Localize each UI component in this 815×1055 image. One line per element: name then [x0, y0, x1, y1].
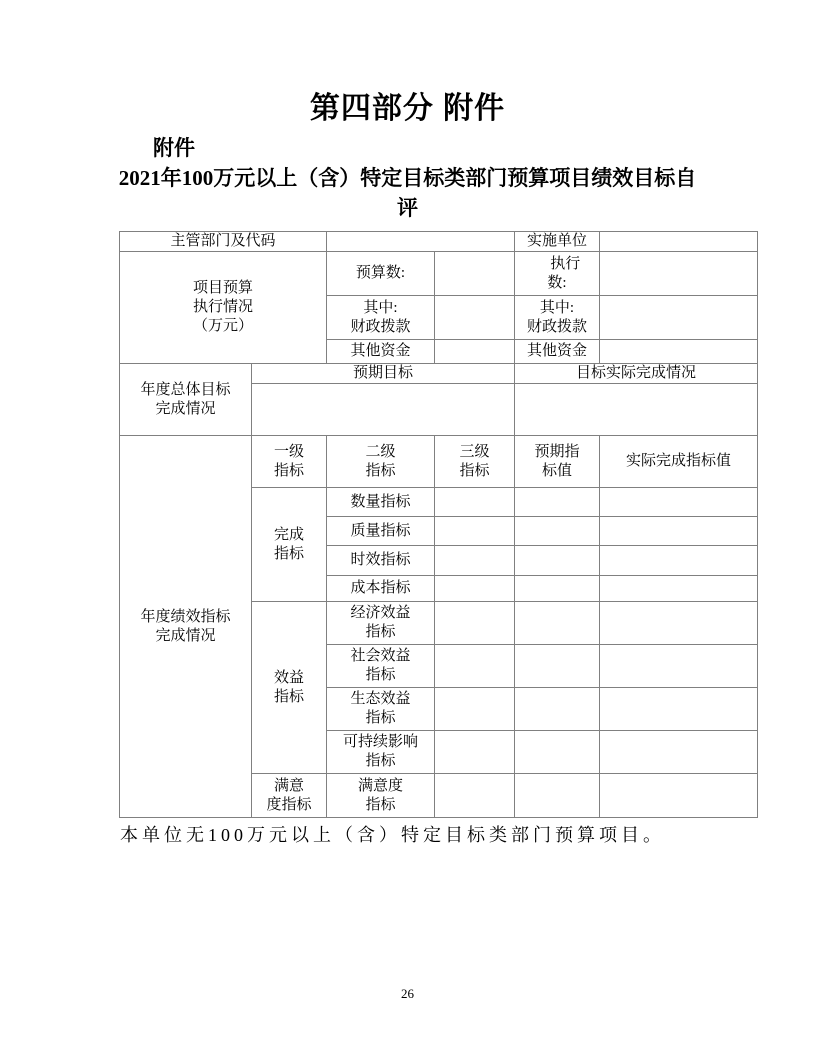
- cell-actual-indicator-value: [600, 546, 758, 576]
- cell-expected-indicator-value: [515, 774, 600, 818]
- cell-budget-num-value: [435, 252, 515, 296]
- cell-level1-benefit: 效益 指标: [252, 602, 327, 774]
- cell-level3-value: [435, 774, 515, 818]
- row-budget-num: 项目预算 执行情况 （万元） 预算数: 执行 数:: [120, 252, 758, 296]
- performance-self-evaluation-table: 主管部门及代码 实施单位 项目预算 执行情况 （万元） 预算数: 执行 数: 其…: [119, 231, 758, 818]
- cell-indicator-label: 数量指标: [327, 488, 435, 517]
- cell-actual-goal-value: [515, 384, 758, 436]
- cell-impl-unit-label: 实施单位: [515, 232, 600, 252]
- cell-indicator-label: 经济效益 指标: [327, 602, 435, 645]
- cell-exec-num-label: 执行 数:: [515, 252, 600, 296]
- cell-expected-goal-value: [252, 384, 515, 436]
- cell-level3-value: [435, 517, 515, 546]
- cell-actual-indicator-value: [600, 517, 758, 546]
- cell-actual-indicator-value: [600, 688, 758, 731]
- cell-actual-indicator-value: [600, 602, 758, 645]
- cell-project-budget-label: 项目预算 执行情况 （万元）: [120, 252, 327, 364]
- cell-other-left-label: 其他资金: [327, 340, 435, 364]
- cell-actual-indicator-value: [600, 731, 758, 774]
- cell-expected-indicator-value: [515, 731, 600, 774]
- cell-other-right-value: [600, 340, 758, 364]
- cell-level3-value: [435, 546, 515, 576]
- cell-fiscal-left-label: 其中: 财政拨款: [327, 296, 435, 340]
- cell-level3-value: [435, 576, 515, 602]
- cell-level3-value: [435, 688, 515, 731]
- cell-indicator-label: 质量指标: [327, 517, 435, 546]
- cell-fiscal-right-value: [600, 296, 758, 340]
- cell-level2-header: 二级 指标: [327, 436, 435, 488]
- page-number: 26: [0, 986, 815, 1002]
- cell-actual-indicator-value: [600, 645, 758, 688]
- cell-expected-goal-header: 预期目标: [252, 364, 515, 384]
- cell-perf-indicators-label: 年度绩效指标 完成情况: [120, 436, 252, 818]
- cell-actual-indicator-value: [600, 576, 758, 602]
- cell-level1-satisfaction: 满意 度指标: [252, 774, 327, 818]
- no-project-note: 本单位无100万元以上（含）特定目标类部门预算项目。: [120, 823, 815, 847]
- cell-level1-header: 一级 指标: [252, 436, 327, 488]
- cell-expected-indicator-value: [515, 517, 600, 546]
- row-dept-code: 主管部门及代码 实施单位: [120, 232, 758, 252]
- cell-actual-indicator-value: [600, 488, 758, 517]
- cell-expected-indicator-value: [515, 576, 600, 602]
- cell-expected-indicator-value: [515, 602, 600, 645]
- cell-other-left-value: [435, 340, 515, 364]
- cell-indicator-label: 生态效益 指标: [327, 688, 435, 731]
- cell-expected-value-header: 预期指 标值: [515, 436, 600, 488]
- cell-impl-unit-value: [600, 232, 758, 252]
- cell-dept-code-value: [327, 232, 515, 252]
- cell-indicator-label: 社会效益 指标: [327, 645, 435, 688]
- cell-dept-code-label: 主管部门及代码: [120, 232, 327, 252]
- cell-level3-value: [435, 488, 515, 517]
- cell-indicator-label: 可持续影响 指标: [327, 731, 435, 774]
- cell-other-right-label: 其他资金: [515, 340, 600, 364]
- cell-fiscal-right-label: 其中: 财政拨款: [515, 296, 600, 340]
- table-title: 2021年100万元以上（含）特定目标类部门预算项目绩效目标自 评: [0, 163, 815, 223]
- cell-actual-indicator-value: [600, 774, 758, 818]
- cell-exec-num-value: [600, 252, 758, 296]
- cell-annual-goal-label: 年度总体目标 完成情况: [120, 364, 252, 436]
- cell-budget-num-label: 预算数:: [327, 252, 435, 296]
- cell-expected-indicator-value: [515, 488, 600, 517]
- section-title: 第四部分 附件: [0, 90, 815, 128]
- cell-indicator-label: 时效指标: [327, 546, 435, 576]
- row-annual-goal-header: 年度总体目标 完成情况 预期目标 目标实际完成情况: [120, 364, 758, 384]
- cell-level3-value: [435, 731, 515, 774]
- cell-fiscal-left-value: [435, 296, 515, 340]
- cell-indicator-label: 满意度 指标: [327, 774, 435, 818]
- cell-expected-indicator-value: [515, 688, 600, 731]
- cell-level3-header: 三级 指标: [435, 436, 515, 488]
- cell-level1-completion: 完成 指标: [252, 488, 327, 602]
- table-title-line2: 评: [0, 193, 815, 223]
- cell-actual-goal-header: 目标实际完成情况: [515, 364, 758, 384]
- attachment-label: 附件: [153, 137, 815, 161]
- cell-indicator-label: 成本指标: [327, 576, 435, 602]
- cell-expected-indicator-value: [515, 546, 600, 576]
- cell-actual-value-header: 实际完成指标值: [600, 436, 758, 488]
- cell-level3-value: [435, 645, 515, 688]
- document-page: 第四部分 附件 附件 2021年100万元以上（含）特定目标类部门预算项目绩效目…: [0, 0, 815, 1055]
- row-indicator-header: 年度绩效指标 完成情况 一级 指标 二级 指标 三级 指标 预期指 标值 实际完…: [120, 436, 758, 488]
- cell-expected-indicator-value: [515, 645, 600, 688]
- cell-level3-value: [435, 602, 515, 645]
- table-title-line1: 2021年100万元以上（含）特定目标类部门预算项目绩效目标自: [0, 163, 815, 193]
